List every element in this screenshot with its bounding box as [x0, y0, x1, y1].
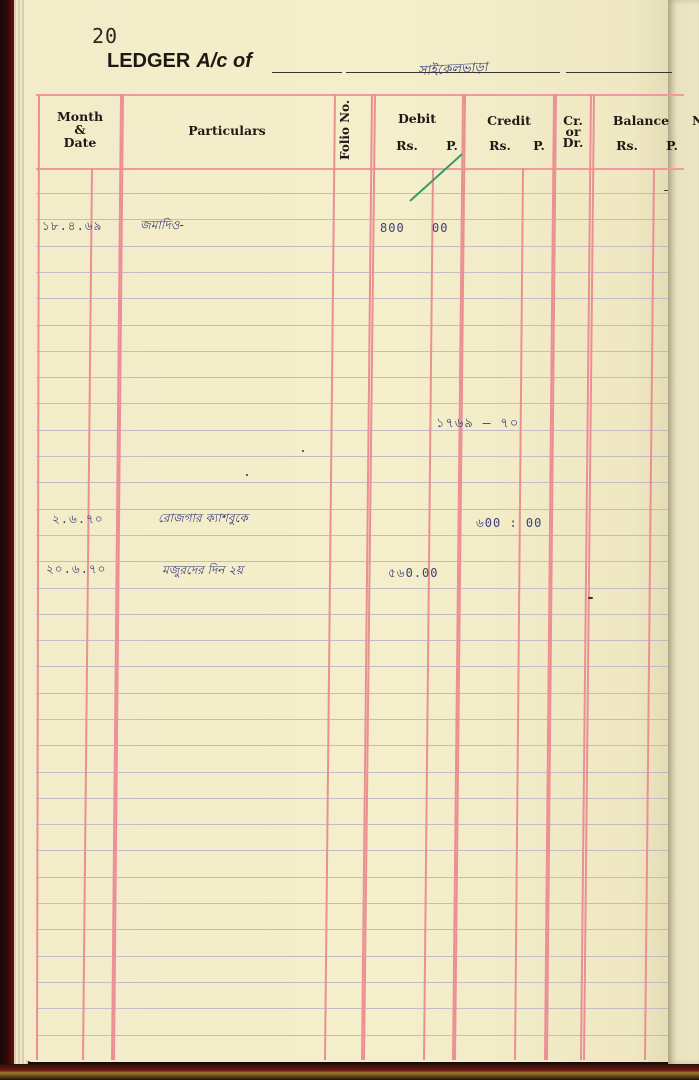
ruled-line: [36, 219, 668, 220]
ruled-line: [36, 614, 668, 615]
next-page-edge: [668, 0, 699, 1064]
header-debit-rs: Rs.: [392, 139, 422, 152]
ruled-line: [36, 640, 668, 641]
ruled-line: [36, 666, 668, 667]
header-top-border: [36, 94, 684, 96]
entry-credit-amount: ৬00 : 00: [476, 515, 542, 535]
ruled-line: [36, 246, 668, 247]
ruled-line: [36, 850, 668, 851]
header-balance-p: P.: [660, 139, 684, 152]
ruled-line: [36, 351, 668, 352]
ledger-title-suffix: A/c of: [196, 50, 252, 72]
ruled-line: [36, 430, 668, 431]
ruled-line: [36, 377, 668, 378]
book-cover-bottom: [0, 1064, 699, 1080]
ruled-line: [36, 193, 668, 194]
ruled-line: [36, 824, 668, 825]
ledger-title-prefix: LEDGER: [107, 50, 190, 72]
ink-speck: [302, 450, 304, 452]
ruled-line: [36, 956, 668, 957]
header-date: Date: [40, 136, 120, 149]
ruled-line: [36, 272, 668, 273]
ink-speck: [664, 190, 668, 191]
ruled-line: [36, 903, 668, 904]
ruled-line: [36, 877, 668, 878]
entry-debit-amount: ৫৬0.00: [388, 565, 439, 585]
ink-speck: [246, 474, 248, 476]
page-number: 20: [92, 24, 118, 48]
header-month-date: Month & Date: [40, 110, 120, 149]
ruled-line: [36, 693, 668, 694]
account-name-line: [272, 72, 342, 73]
ruled-line: [36, 482, 668, 483]
ruled-line: [36, 403, 668, 404]
entry-particulars: মজুরদের দিন ২য়: [162, 562, 243, 582]
entry-particulars: জমাদিও-: [140, 217, 184, 237]
header-credit-rs: Rs.: [485, 139, 515, 152]
ink-speck: [588, 597, 593, 599]
entry-debit-p: 00: [432, 221, 448, 235]
ruled-line: [36, 798, 668, 799]
header-bottom-border: [36, 168, 684, 170]
ruled-line: [36, 772, 668, 773]
entry-year-note: ১৭৬৯ — ৭০: [436, 414, 519, 435]
header-debit-p: P.: [437, 139, 467, 152]
ruled-line: [36, 298, 668, 299]
ruled-line: [36, 325, 668, 326]
header-dr: Dr.: [557, 137, 589, 148]
ruled-line: [36, 929, 668, 930]
ruled-line: [36, 719, 668, 720]
entry-date: ২০.৬.৭০: [46, 561, 106, 581]
ruled-line: [36, 456, 668, 457]
header-next-page-fragment: N: [692, 114, 699, 127]
header-credit: Credit: [464, 114, 554, 127]
header-credit-p: P.: [527, 139, 551, 152]
entry-date: ২.৬.৭০: [52, 511, 104, 531]
header-particulars: Particulars: [122, 124, 332, 137]
ledger-title: LEDGERA/c of: [107, 50, 252, 73]
ruled-line: [36, 745, 668, 746]
entry-date: ১৮.৪.৬৯: [42, 218, 102, 238]
ruled-line: [36, 1035, 668, 1036]
ruled-line: [36, 1008, 668, 1009]
header-cr-or-dr: Cr. or Dr.: [557, 115, 589, 148]
ruled-line: [36, 982, 668, 983]
header-balance: Balance: [596, 114, 686, 127]
account-name-line: [566, 72, 672, 73]
entry-debit-rs: 800: [380, 221, 405, 235]
header-debit: Debit: [372, 112, 462, 125]
header-folio: Folio No.: [338, 100, 352, 160]
entry-particulars: রোজগার ক্যাশবুকে: [158, 510, 248, 530]
account-name: সাইকেলভাড়া: [417, 58, 488, 83]
ruled-line: [36, 509, 668, 510]
ruled-line: [36, 588, 668, 589]
ruled-line: [36, 561, 668, 562]
ruled-line: [36, 535, 668, 536]
header-balance-rs: Rs.: [612, 139, 642, 152]
